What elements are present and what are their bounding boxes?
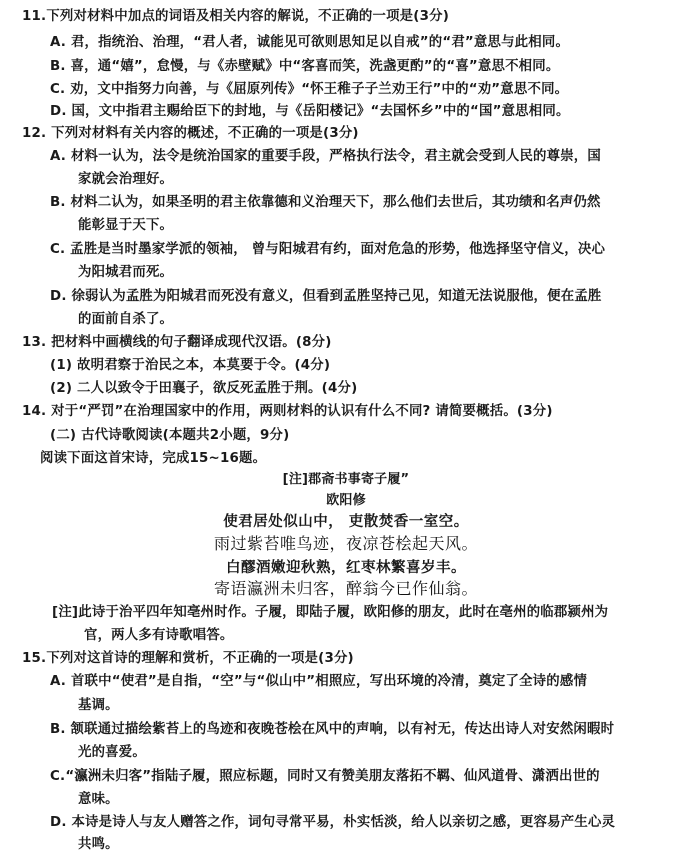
poem-title: [注]郡斋书事寄子履” [0, 471, 692, 489]
question-12-stem: 12. 下列对材料有关内容的概述，不正确的一项是(3分) [22, 125, 359, 143]
question-12-option-b: B. 材料二认为，如果圣明的君主依靠德和义治理天下，那么他们去世后，其功绩和名声… [50, 194, 601, 212]
poem-line-3: 白醪酒嫩迎秋熟，红枣林繁喜岁丰。 [0, 559, 692, 577]
section-2-heading: (二) 古代诗歌阅读(本题共2小题，9分) [50, 427, 289, 445]
question-12-option-d: D. 徐弱认为孟胜为阳城君而死没有意义，但看到孟胜坚持己见，知道无法说服他，便在… [50, 288, 602, 306]
question-12-option-c-cont: 为阳城君而死。 [78, 264, 173, 282]
question-14-stem: 14. 对于“严罚”在治理国家中的作用，两则材料的认识有什么不同? 请简要概括。… [22, 403, 553, 421]
question-12-option-c: C. 孟胜是当时墨家学派的领袖， 曾与阳城君有约，面对危急的形势，他选择坚守信义… [50, 241, 605, 259]
question-12-option-b-cont: 能彰显于天下。 [78, 217, 173, 235]
question-11-option-a: A. 君，指统治、治理，“君人者，诚能见可欲则思知足以自戒”的“君”意思与此相同… [50, 34, 569, 52]
question-15-option-a-cont: 基调。 [78, 697, 119, 715]
poem-note: [注]此诗于治平四年知亳州时作。子履，即陆子履，欧阳修的朋友，此时在亳州的临郡颍… [52, 604, 608, 622]
section-2-instruction: 阅读下面这首宋诗，完成15~16题。 [40, 450, 266, 468]
question-11-stem: 11.下列对材料中加点的词语及相关内容的解说，不正确的一项是(3分) [22, 8, 449, 26]
poem-author: 欧阳修 [0, 492, 692, 510]
question-11-option-c: C. 劝，文中指努力向善，与《屈原列传》“怀王稚子子兰劝王行”中的“劝”意思不同… [50, 81, 568, 99]
poem-line-2: 雨过紫苔唯鸟迹，夜凉苍桧起天风。 [0, 535, 692, 553]
question-13-item-1: (1) 故明君察于治民之本，本莫要于令。(4分) [50, 357, 330, 375]
question-15-option-d: D. 本诗是诗人与友人赠答之作，词句寻常平易，朴实恬淡，给人以亲切之感，更容易产… [50, 814, 615, 832]
question-15-option-a: A. 首联中“使君”是自指，“空”与“似山中”相照应，写出环境的冷清，奠定了全诗… [50, 673, 587, 691]
question-12-option-a: A. 材料一认为，法令是统治国家的重要手段，严格执行法令，君主就会受到人民的尊崇… [50, 148, 601, 166]
question-15-stem: 15.下列对这首诗的理解和赏析，不正确的一项是(3分) [22, 650, 354, 668]
question-11-option-b: B. 喜，通“嬉”，怠慢，与《赤壁赋》中“客喜而笑，洗盏更酌”的“喜”意思不相同… [50, 58, 559, 76]
question-13-stem: 13. 把材料中画横线的句子翻译成现代汉语。(8分) [22, 334, 332, 352]
question-15-option-d-cont: 共鸣。 [78, 836, 119, 854]
question-15-option-c-cont: 意味。 [78, 791, 119, 809]
question-12-option-d-cont: 的面前自杀了。 [78, 311, 173, 329]
question-12-option-a-cont: 家就会治理好。 [78, 171, 173, 189]
question-15-option-c: C.“瀛洲未归客”指陆子履，照应标题，同时又有赞美朋友落拓不羁、仙风道骨、潇洒出… [50, 768, 600, 786]
question-11-option-d: D. 国，文中指君主赐给臣下的封地，与《岳阳楼记》“去国怀乡”中的“国”意思相同… [50, 103, 570, 121]
poem-note-cont: 官，两人多有诗歌唱答。 [84, 627, 234, 645]
question-15-option-b: B. 颔联通过描绘紫苔上的鸟迹和夜晚苍桧在风中的声响，以有衬无，传达出诗人对安然… [50, 721, 614, 739]
poem-line-1: 使君居处似山中， 吏散焚香一室空。 [0, 513, 692, 531]
question-15-option-b-cont: 光的喜爱。 [78, 744, 146, 762]
question-13-item-2: (2) 二人以致令于田襄子，欲反死孟胜于荆。(4分) [50, 380, 357, 398]
poem-line-4: 寄语瀛洲未归客，醉翁今已作仙翁。 [0, 580, 692, 598]
